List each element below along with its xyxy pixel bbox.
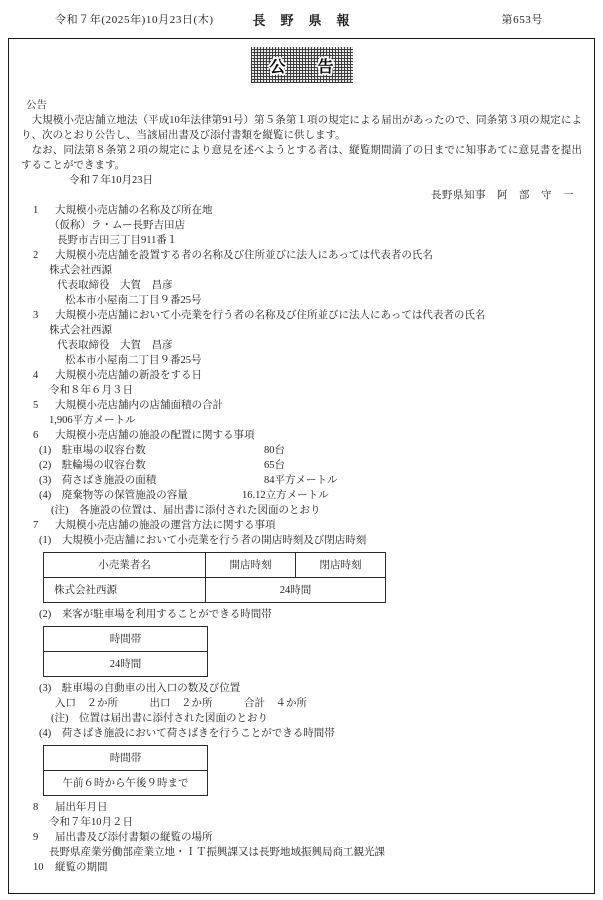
notice-paragraph-1: 大規模小売店舗立地法（平成10年法律第91号）第５条第１項の規定による届出があっ… [21,113,582,143]
notification-date: 令和７年10月２日 [49,815,582,830]
item-number: 5 [33,398,55,413]
item-number: 10 [33,860,55,875]
spec-loading-area: (3) 荷さばき施設の面積84平方メートル [39,473,582,488]
col-retailer-name: 小売業者名 [44,553,206,578]
item-10: 10 縦覧の期間 [33,860,582,875]
notice-heading: 公告 [26,98,582,113]
spec-label: (3) 荷さばき施設の面積 [39,473,264,488]
item-number: 2 [33,248,55,263]
item-2: 2 大規模小売店舗を設置する者の名称及び住所並びに法人にあっては代表者の氏名 [33,248,582,263]
notice-body: 公告 大規模小売店舗立地法（平成10年法律第91号）第５条第１項の規定による届出… [9,98,594,875]
kokoku-banner-text: 公 告 [269,54,333,77]
time-band-cell: 午前６時から午後９時まで [44,771,208,796]
item-1: 1 大規模小売店舗の名称及び所在地 [33,203,582,218]
item-7-sub-3-label: (3) 駐車場の自動車の出入口の数及び位置 [39,681,582,696]
item-title: 届出年月日 [55,800,108,815]
item-title: 届出書及び添付書類の縦覧の場所 [55,830,213,845]
notice-date: 令和７年10月23日 [69,173,582,188]
item-6: 6 大規模小売店舗の施設の配置に関する事項 [33,428,582,443]
spec-label: (2) 駐輪場の収容台数 [39,458,264,473]
item-number: 7 [33,518,55,533]
table-header-row: 時間帯 [44,746,208,771]
gazette-page: 令和７年(2025年)10月23日(木) 長 野 県 報 第653号 公 告 公… [0,0,603,900]
floor-area: 1,906平方メートル [49,413,582,428]
notice-frame: 公 告 公告 大規模小売店舗立地法（平成10年法律第91号）第５条第１項の規定に… [8,38,595,894]
kokoku-banner: 公 告 [251,47,353,83]
notice-paragraph-2: なお、同法第８条第２項の規定により意見を述べようとする者は、縦覧期間満了の日まで… [21,143,582,173]
spec-label: (4) 廃棄物等の保管施設の容量 [39,488,242,503]
installer-address: 松本市小屋南二丁目９番25号 [65,293,582,308]
table-row: 株式会社西源 24時間 [44,578,386,603]
item-7-sub-3-note: (注) 位置は届出書に添付された図面のとおり [51,711,582,726]
time-band-cell: 24時間 [44,652,208,677]
spec-value: 80台 [264,445,285,456]
table-row: 午前６時から午後９時まで [44,771,208,796]
entrance-exit-counts: 入口 ２か所 出口 ２か所 合計 ４か所 [55,696,582,711]
item-number: 1 [33,203,55,218]
col-time-band: 時間帯 [44,627,208,652]
spec-value: 16.12立方メートル [242,490,329,501]
item-9: 9 届出書及び添付書類の縦覧の場所 [33,830,582,845]
item-7-sub-1-label: (1) 大規模小売店舗において小売業を行う者の開店時刻及び閉店時刻 [39,533,582,548]
col-time-band: 時間帯 [44,746,208,771]
masthead: 令和７年(2025年)10月23日(木) 長 野 県 報 第653号 [0,0,603,38]
item-3: 3 大規模小売店舗において小売業を行う者の名称及び住所並びに法人にあっては代表者… [33,308,582,323]
spec-label: (1) 駐車場の収容台数 [39,443,264,458]
opening-date: 令和８年６月３日 [49,383,582,398]
spec-bicycle-capacity: (2) 駐輪場の収容台数65台 [39,458,582,473]
spec-parking-capacity: (1) 駐車場の収容台数80台 [39,443,582,458]
item-title: 大規模小売店舗の新設をする日 [55,368,202,383]
item-7: 7 大規模小売店舗の施設の運営方法に関する事項 [33,518,582,533]
retailer-company: 株式会社西源 [49,323,582,338]
table-row: 24時間 [44,652,208,677]
retailer-name-cell: 株式会社西源 [44,578,206,603]
item-title: 大規模小売店舗の名称及び所在地 [55,203,213,218]
spec-value: 84平方メートル [264,475,338,486]
item-number: 8 [33,800,55,815]
col-closing-time: 閉店時刻 [296,553,386,578]
parking-hours-table: 時間帯 24時間 [43,626,208,677]
item-title: 大規模小売店舗を設置する者の名称及び住所並びに法人にあっては代表者の氏名 [55,248,433,263]
hours-cell: 24時間 [206,578,386,603]
item-8: 8 届出年月日 [33,800,582,815]
item-6-note: (注) 各施設の位置は、届出書に添付された図面のとおり [51,503,582,518]
item-title: 大規模小売店舗の施設の運営方法に関する事項 [55,518,276,533]
installer-representative: 代表取締役 大賀 昌彦 [57,278,582,293]
col-opening-time: 開店時刻 [206,553,296,578]
loading-hours-table: 時間帯 午前６時から午後９時まで [43,745,208,796]
store-address: 長野市吉田三丁目911番１ [57,233,582,248]
table-header-row: 小売業者名 開店時刻 閉店時刻 [44,553,386,578]
installer-company: 株式会社西源 [49,263,582,278]
table-header-row: 時間帯 [44,627,208,652]
item-5: 5 大規模小売店舗内の店舗面積の合計 [33,398,582,413]
item-4: 4 大規模小売店舗の新設をする日 [33,368,582,383]
spec-value: 65台 [264,460,285,471]
spec-waste-storage: (4) 廃棄物等の保管施設の容量16.12立方メートル [39,488,582,503]
item-number: 4 [33,368,55,383]
item-number: 9 [33,830,55,845]
opening-hours-table: 小売業者名 開店時刻 閉店時刻 株式会社西源 24時間 [43,552,386,603]
store-name: （仮称）ラ・ムー長野吉田店 [49,218,582,233]
gazette-title: 長 野 県 報 [0,10,603,29]
item-number: 3 [33,308,55,323]
retailer-representative: 代表取締役 大賀 昌彦 [57,338,582,353]
item-7-sub-2-label: (2) 来客が駐車場を利用することができる時間帯 [39,607,582,622]
item-7-sub-4-label: (4) 荷さばき施設において荷さばきを行うことができる時間帯 [39,726,582,741]
governor-signature: 長野県知事 阿 部 守 一 [21,188,582,203]
item-title: 大規模小売店舗において小売業を行う者の名称及び住所並びに法人にあっては代表者の氏… [55,308,485,323]
item-number: 6 [33,428,55,443]
inspection-location: 長野県産業労働部産業立地・ＩＴ振興課又は長野地域振興局商工観光課 [49,845,582,860]
item-title: 大規模小売店舗の施設の配置に関する事項 [55,428,255,443]
retailer-address: 松本市小屋南二丁目９番25号 [65,353,582,368]
item-title: 縦覧の期間 [55,860,108,875]
item-title: 大規模小売店舗内の店舗面積の合計 [55,398,223,413]
